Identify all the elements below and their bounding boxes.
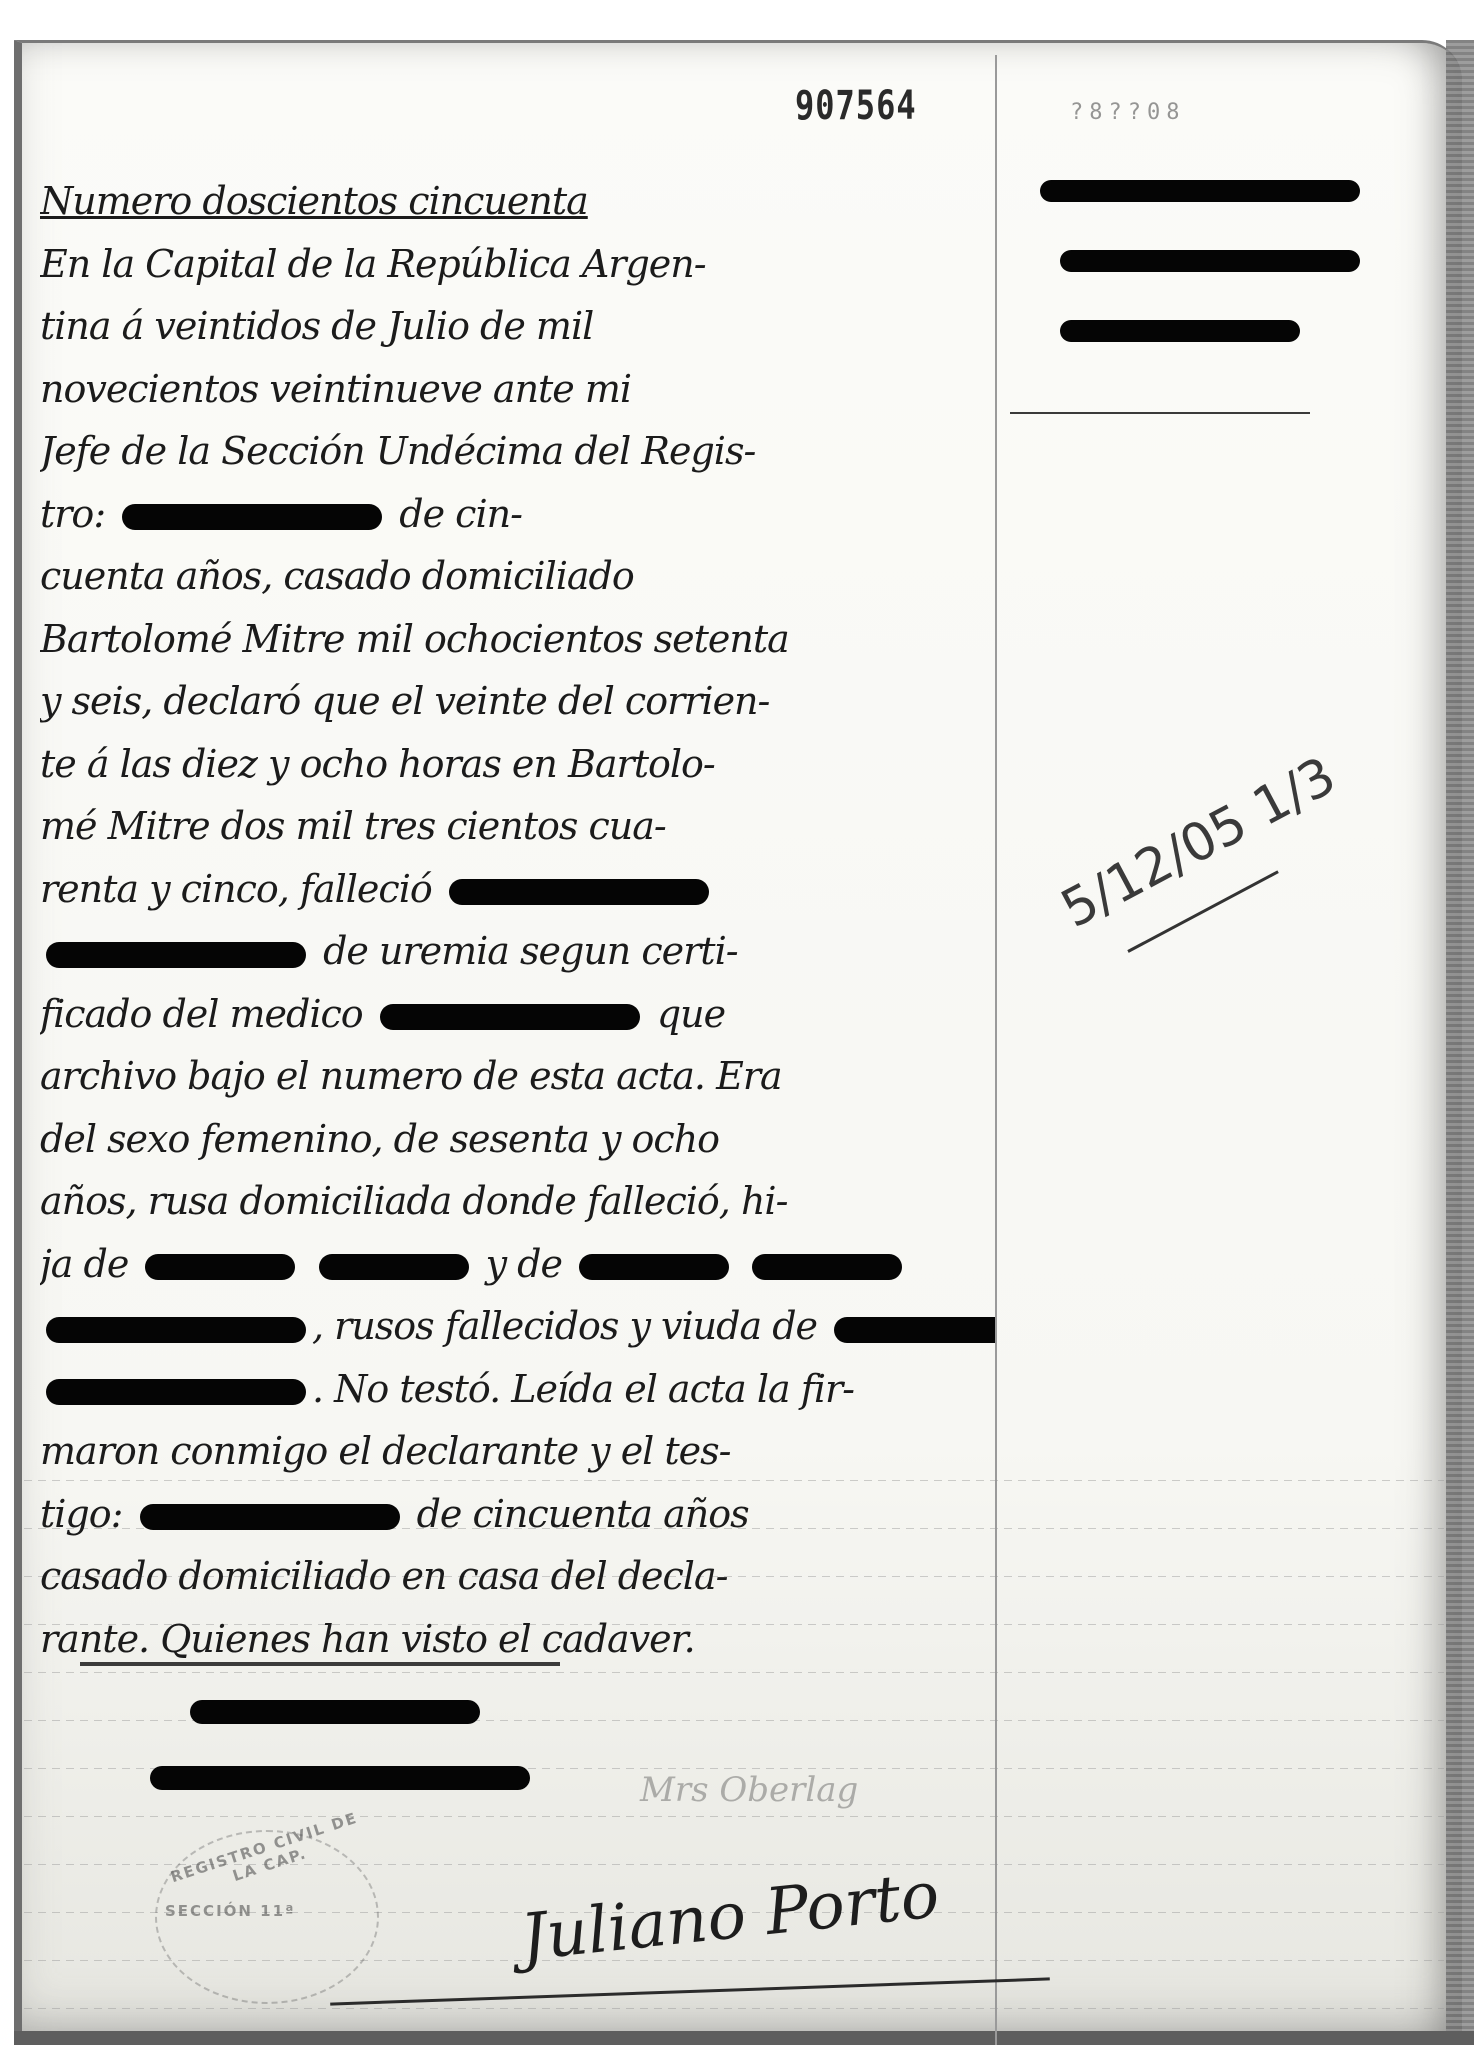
serial-number: 907564 [795, 81, 917, 129]
certificate-text-line: Jefe de la Sección Undécima del Regis- [40, 420, 995, 483]
redaction-bar [319, 1254, 469, 1280]
ledger-rule [24, 1672, 1444, 1673]
certificate-body: Numero doscientos cincuenta En la Capita… [40, 170, 995, 1670]
redaction-bar [190, 1700, 480, 1724]
margin-column-divider [995, 55, 997, 2045]
redaction-bar [380, 1004, 640, 1030]
redaction-bar [1060, 320, 1300, 342]
margin-underline [1010, 412, 1310, 414]
redaction-bar [834, 1317, 995, 1343]
certificate-text-line: ja de y de [40, 1233, 995, 1296]
certificate-text-line: archivo bajo el numero de esta acta. Era [40, 1045, 995, 1108]
registry-stamp: REGISTRO CIVIL DE LA CAP. SECCIÓN 11ª [155, 1830, 379, 2004]
certificate-text-line: renta y cinco, falleció [40, 858, 995, 921]
certificate-text-line: rante. Quienes han visto el cadaver. [40, 1608, 995, 1671]
redaction-bar [1060, 250, 1360, 272]
certificate-text-line: tina á veintidos de Julio de mil [40, 295, 995, 358]
certificate-text-line: tigo: de cincuenta años [40, 1483, 995, 1546]
redaction-bar [1040, 180, 1360, 202]
certificate-text-line: años, rusa domiciliada donde falleció, h… [40, 1170, 995, 1233]
redaction-bar [752, 1254, 902, 1280]
ledger-rule [24, 2008, 1444, 2009]
redaction-bar [46, 942, 306, 968]
margin-serial-faded: ?8??08 [1070, 100, 1185, 125]
certificate-title: Numero doscientos cincuenta [40, 170, 995, 233]
certificate-text-line: maron conmigo el declarante y el tes- [40, 1420, 995, 1483]
redaction-bar [579, 1254, 729, 1280]
redaction-bar [46, 1379, 306, 1405]
certificate-text-line: tro: de cin- [40, 483, 995, 546]
certificate-text-line: del sexo femenino, de sesenta y ocho [40, 1108, 995, 1171]
certificate-text-line: te á las diez y ocho horas en Bartolo- [40, 733, 995, 796]
margin-names [1040, 180, 1400, 390]
certificate-text-line: , rusos fallecidos y viuda de [40, 1295, 995, 1358]
certificate-text-line: En la Capital de la República Argen- [40, 233, 995, 296]
faint-signature: Mrs Oberlag [640, 1770, 858, 1810]
certificate-text-line: casado domiciliado en casa del decla- [40, 1545, 995, 1608]
certificate-text-line: y seis, declaró que el veinte del corrie… [40, 670, 995, 733]
certificate-text-line: de uremia segun certi- [40, 920, 995, 983]
redaction-bar [145, 1254, 295, 1280]
certificate-text-line: cuenta años, casado domiciliado [40, 545, 995, 608]
certificate-text-line: Bartolomé Mitre mil ochocientos setenta [40, 608, 995, 671]
certificate-text-line: novecientos veintinueve ante mi [40, 358, 995, 421]
certificate-text-lines: En la Capital de la República Argen-tina… [40, 233, 995, 1671]
page-bottom-edge [14, 2031, 1474, 2045]
signature-separator [80, 1662, 560, 1666]
page-edge-shadow [1446, 40, 1474, 2045]
redaction-bar [449, 879, 709, 905]
redaction-bar [150, 1766, 530, 1790]
certificate-text-line: . No testó. Leída el acta la fir- [40, 1358, 995, 1421]
redaction-bar [122, 504, 382, 530]
redaction-bar [46, 1317, 306, 1343]
redaction-bar [140, 1504, 400, 1530]
certificate-text-line: mé Mitre dos mil tres cientos cua- [40, 795, 995, 858]
stamp-middle-text: SECCIÓN 11ª [165, 1902, 296, 1920]
certificate-text-line: ficado del medico que [40, 983, 995, 1046]
